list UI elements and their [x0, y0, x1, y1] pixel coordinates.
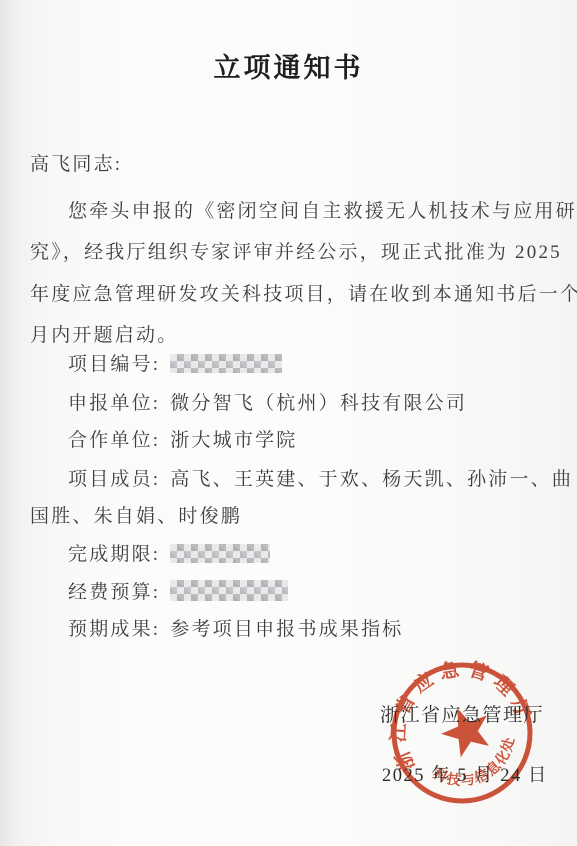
field-budget: 经费预算: — [68, 577, 288, 604]
body-paragraph-line: 您牵头申报的《密闭空间自主救援无人机技术与应用研 — [68, 196, 577, 223]
field-label: 申报单位: — [68, 393, 160, 414]
field-applicant-org: 申报单位:微分智飞（杭州）科技有限公司 — [68, 388, 467, 415]
field-value: 参考项目申报书成果指标 — [170, 619, 403, 640]
field-label: 项目成员: — [68, 469, 160, 490]
field-label: 合作单位: — [68, 430, 160, 451]
signature-agency: 浙江省应急管理厅 — [380, 700, 544, 727]
body-paragraph-line: 年度应急管理研发攻关科技项目，请在收到本通知书后一个 — [30, 279, 577, 306]
official-seal-stamp: 浙江省应急管理厅 科技与信息化处 — [377, 648, 547, 818]
field-label: 预期成果: — [68, 619, 160, 640]
redacted-value-block — [170, 580, 288, 601]
field-value: 微分智飞（杭州）科技有限公司 — [170, 393, 467, 414]
field-label: 经费预算: — [68, 582, 160, 603]
field-partner-org: 合作单位:浙大城市学院 — [68, 425, 297, 452]
redacted-value-block — [170, 354, 282, 373]
field-expected-results: 预期成果:参考项目申报书成果指标 — [68, 614, 403, 641]
field-value: 高飞、王英建、于欢、杨天凯、孙沛一、曲 — [170, 469, 573, 490]
field-project-members: 项目成员:高飞、王英建、于欢、杨天凯、孙沛一、曲 — [68, 464, 573, 491]
redacted-value-block — [170, 544, 270, 563]
signature-date: 2025 年 5 月 24 日 — [382, 761, 548, 787]
field-label: 项目编号: — [68, 354, 160, 375]
body-paragraph-line: 月内开题启动。 — [30, 320, 178, 347]
field-project-number: 项目编号: — [68, 349, 282, 376]
field-label: 完成期限: — [68, 544, 160, 565]
scanned-letter-page: 立项通知书 高飞同志: 您牵头申报的《密闭空间自主救援无人机技术与应用研 究》，… — [0, 0, 577, 846]
salutation: 高飞同志: — [30, 149, 122, 176]
field-value: 浙大城市学院 — [170, 430, 297, 451]
body-paragraph-line: 究》，经我厅组织专家评审并经公示，现正式批准为 2025 — [30, 237, 562, 264]
field-project-members-continuation: 国胜、朱自娟、时俊鹏 — [30, 501, 242, 528]
document-title: 立项通知书 — [0, 46, 577, 85]
field-completion-deadline: 完成期限: — [68, 539, 270, 566]
